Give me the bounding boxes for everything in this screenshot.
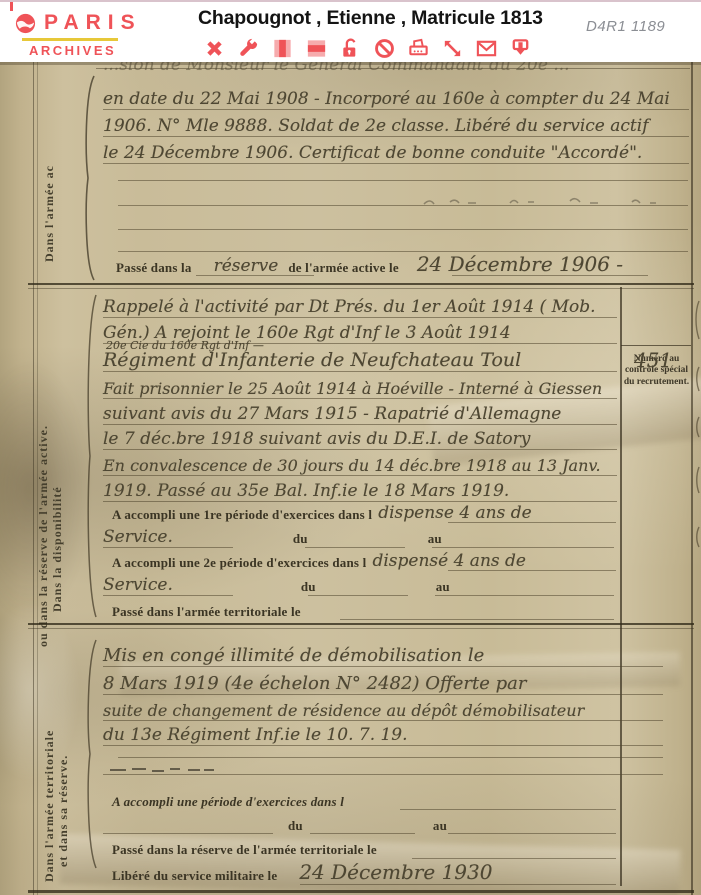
fill-in-rule: [448, 522, 616, 523]
paris-logo-icon: [14, 12, 37, 35]
fill-in-rule: [432, 547, 614, 548]
handwriting-line: 8 Mars 1919 (4e échelon N° 2482) Offerte…: [103, 670, 663, 695]
fill-in-rule: [310, 833, 415, 834]
handwriting-line: 1906. N° Mle 9888. Soldat de 2e classe. …: [103, 112, 689, 137]
periode2-dates-row: Service. du au: [103, 574, 617, 595]
handwriting-line: Fait prisonnier le 25 Août 1914 à Hoévil…: [103, 376, 617, 399]
passe-territoriale-row: Passé dans l'armée territoriale le: [112, 600, 617, 620]
margin-label-territoriale-1: Dans l'armée territoriale: [42, 642, 57, 882]
handwriting-line: Régiment d'Infanterie de Neufchateau Tou…: [103, 348, 617, 372]
blank-rule: [118, 205, 688, 206]
passe-armee-active-row: Passé dans la réserve de l'armée active …: [116, 254, 690, 276]
paris-archives-logo[interactable]: PARIS ARCHIVES: [14, 11, 164, 58]
close-icon[interactable]: [203, 37, 226, 60]
fold-line: [33, 62, 34, 895]
top-left-accent: [10, 2, 13, 11]
section-brace: [82, 293, 98, 619]
archive-viewer-app: PARIS ARCHIVES Chapougnot , Etienne , Ma…: [0, 0, 701, 895]
fill-in-rule: [448, 570, 616, 571]
header-bar: PARIS ARCHIVES Chapougnot , Etienne , Ma…: [0, 0, 701, 62]
numero-box-rule: [621, 345, 691, 346]
fill-in-rule: [340, 619, 614, 620]
section-divider: [28, 623, 694, 625]
document-scan-canvas[interactable]: Dans l'armée ac ...sion de Monsieur le G…: [0, 62, 701, 895]
handwriting-line: suivant avis du 27 Mars 1915 - Rapatrié …: [103, 402, 617, 425]
unlock-icon[interactable]: [339, 37, 362, 60]
handwriting-line: En convalescence de 30 jours du 14 déc.b…: [103, 453, 617, 476]
viewer-toolbar: [203, 37, 532, 60]
handwriting-line: Rappelé à l'activité par Dt Prés. du 1er…: [103, 294, 617, 318]
fill-in-rule: [103, 833, 273, 834]
ban-icon[interactable]: [373, 37, 396, 60]
margin-label-territoriale-2: et dans sa réserve.: [56, 657, 71, 867]
brand-name: PARIS: [44, 11, 142, 35]
section-brace: [80, 74, 96, 282]
periode2-row: A accompli une 2e période d'exercices da…: [112, 550, 617, 571]
edge-scribbles: [693, 297, 701, 597]
handwriting-line: 1919. Passé au 35e Bal. Inf.ie le 18 Mar…: [103, 479, 617, 502]
periode1-dates-row: Service. du au: [103, 526, 617, 547]
blank-rule: [103, 774, 663, 775]
fill-in-rule: [300, 884, 616, 885]
number-column-line: [620, 287, 622, 886]
fill-in-rule: [103, 547, 233, 548]
handwriting-line: en date du 22 Mai 1908 - Incorporé au 16…: [103, 84, 689, 110]
section-brace: [82, 638, 98, 870]
vertical-layout-icon[interactable]: [271, 37, 294, 60]
fill-in-rule: [448, 833, 616, 834]
horizontal-layout-icon[interactable]: [305, 37, 328, 60]
periode-territoriale-dates-row: du au: [103, 814, 617, 834]
libere-service-row: Libéré du service militaire le 24 Décemb…: [112, 858, 617, 884]
blank-rule: [118, 229, 688, 230]
mail-icon[interactable]: [475, 37, 498, 60]
section-divider: [28, 628, 694, 629]
margin-label-armee-active: Dans l'armée ac: [42, 72, 57, 262]
blank-rule: [118, 757, 663, 758]
fill-in-rule: [308, 595, 408, 596]
fill-in-rule: [452, 275, 648, 276]
handwriting-line: suite de changement de résidence au dépô…: [103, 697, 663, 721]
fill-in-rule: [103, 595, 233, 596]
pencil-marks: [420, 194, 660, 210]
fill-in-rule: [196, 275, 314, 276]
expand-icon[interactable]: [441, 37, 464, 60]
handwriting-line: le 7 déc.bre 1918 suivant avis du D.E.I.…: [103, 427, 617, 450]
fill-in-rule: [305, 547, 405, 548]
section-divider: [28, 288, 694, 289]
brand-subtitle: ARCHIVES: [29, 43, 164, 58]
handwriting-line: ...sion de Monsieur le Général Commandan…: [103, 62, 689, 77]
section-divider: [28, 283, 694, 285]
margin-label-disponibilite-2: ou dans la réserve de l'armée active.: [36, 317, 51, 647]
fill-in-rule: [400, 809, 616, 810]
handwriting-line: du 13e Régiment Inf.ie le 10. 7. 19.: [103, 722, 663, 746]
periode1-row: A accompli une 1re période d'exercices d…: [112, 502, 617, 523]
brand-underline: [22, 38, 118, 41]
page-title: Chapougnot , Etienne , Matricule 1813: [198, 7, 543, 30]
print-icon[interactable]: [407, 37, 430, 60]
fill-in-rule: [435, 595, 614, 596]
passe-reserve-territoriale-row: Passé dans la réserve de l'armée territo…: [112, 838, 617, 858]
margin-label-disponibilite-1: Dans la disponibilité: [50, 352, 65, 612]
numero-controle-value: 451: [634, 348, 672, 372]
blank-rule: [118, 180, 688, 181]
handwriting-line: Mis en congé illimité de démobilisation …: [103, 642, 663, 667]
page-right-edge: [691, 62, 693, 895]
document-reference: D4R1 1189: [586, 18, 665, 35]
wrench-icon[interactable]: [237, 37, 260, 60]
handwriting-line: le 24 Décembre 1906. Certificat de bonne…: [103, 139, 689, 164]
periode-territoriale-row: A accompli une période d'exercices dans …: [112, 790, 617, 810]
section-divider: [28, 890, 694, 893]
download-icon[interactable]: [509, 37, 532, 60]
